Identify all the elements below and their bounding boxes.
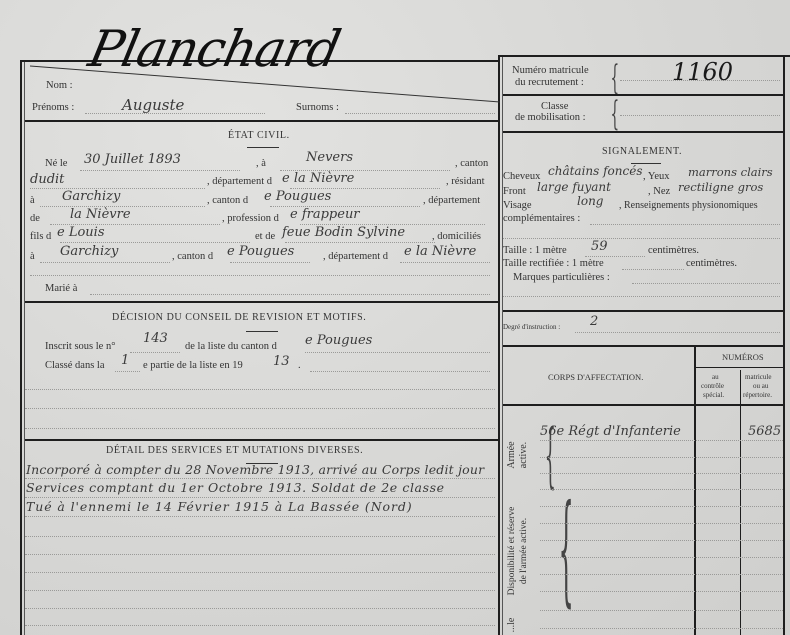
dotline — [575, 332, 780, 333]
dotline — [25, 516, 495, 517]
front-value: large fuyant — [537, 180, 611, 194]
section-third: ...le — [506, 615, 518, 635]
controle-header-1: au — [712, 373, 719, 381]
dotline — [40, 262, 170, 263]
residence-canton-label: , canton d — [207, 195, 248, 206]
profession-label: , profession d — [222, 213, 279, 224]
dotline — [540, 628, 783, 629]
ne-le-label: Né le — [45, 158, 67, 169]
right-frame-top — [500, 55, 790, 57]
de-label: de — [30, 213, 40, 224]
dotline — [540, 489, 783, 490]
right-frame-right — [783, 55, 785, 635]
dotline — [90, 294, 490, 295]
annee-period: . — [298, 360, 301, 371]
dotline — [540, 574, 783, 575]
frame-left-border — [20, 60, 22, 635]
dotline — [25, 536, 495, 537]
residence-a-label: à — [30, 195, 35, 206]
corps-header: CORPS D'AFFECTATION. — [548, 372, 643, 382]
liste-canton-label: de la liste du canton d — [185, 341, 277, 352]
yeux-value: marrons clairs — [688, 165, 773, 179]
instruction-value: 2 — [590, 314, 598, 329]
dotline — [25, 497, 495, 498]
complementaires-label: complémentaires : — [503, 213, 580, 224]
disponibilite-brace: { — [559, 490, 574, 610]
father-value: e Louis — [57, 225, 105, 240]
parents-departement-value: e la Nièvre — [404, 244, 476, 259]
services-title: DÉTAIL DES SERVICES ET MUTATIONS DIVERSE… — [106, 445, 363, 456]
dotline — [25, 608, 495, 609]
section-label-2: de l'armée active. — [519, 518, 529, 584]
dotline — [25, 572, 495, 573]
services-line-3: Tué à l'ennemi le 14 Février 1915 à La B… — [26, 499, 413, 514]
dotline — [585, 256, 645, 257]
annee-value: 13 — [273, 354, 290, 369]
matricule-header-2: ou au — [753, 382, 768, 390]
prenoms-value: Auguste — [122, 96, 184, 114]
residence-canton-value: e Pougues — [264, 189, 331, 204]
dotline — [540, 610, 783, 611]
section-label-1: Armée — [506, 441, 517, 468]
dotline — [25, 590, 495, 591]
classe-label-2: de mobilisation : — [515, 112, 586, 123]
parents-canton-label: , canton d — [172, 251, 213, 262]
controle-header-2: contrôle — [701, 382, 724, 390]
section-disponibilite: Disponibilité et réserve de l'armée acti… — [506, 496, 530, 606]
surnoms-label: Surnoms : — [296, 102, 339, 113]
conseil-bottom-rule — [25, 439, 498, 441]
residence-value: Garchizy — [62, 189, 120, 204]
dotline — [30, 275, 490, 276]
dotline — [285, 242, 435, 243]
departement-label-2: , département — [423, 195, 480, 206]
birth-date-value: 30 Juillet 1893 — [84, 152, 181, 167]
classe-label-1: Classe — [541, 101, 568, 112]
dotline — [540, 591, 783, 592]
classe-dotline — [620, 115, 780, 116]
departement-label: , département d — [207, 176, 272, 187]
signalement-bottom-rule — [503, 310, 783, 312]
section-label-1: ...le — [506, 618, 517, 633]
classe-bottom-rule — [503, 131, 783, 133]
surnoms-dotline — [345, 113, 495, 114]
section-armee-active: Armée active. — [506, 420, 530, 490]
etat-civil-title-underline — [247, 147, 279, 148]
dotline — [540, 506, 783, 507]
numeros-header: NUMÉROS — [722, 352, 764, 362]
marques-label: Marques particulières : — [513, 272, 610, 283]
nez-value: rectiligne gros — [678, 180, 763, 194]
dotline — [540, 523, 783, 524]
visage-value: long — [577, 194, 603, 208]
dotline — [25, 408, 495, 409]
canton-label: , canton — [455, 158, 488, 169]
dotline — [503, 296, 780, 297]
dotline — [540, 440, 783, 441]
matricule-label-1: Numéro matricule — [512, 65, 589, 76]
etat-civil-title: ÉTAT CIVIL. — [228, 130, 290, 141]
marie-label: Marié à — [45, 283, 77, 294]
matricule-bottom-rule — [503, 94, 783, 96]
departement-value: e la Nièvre — [282, 171, 354, 186]
conseil-revision-title: DÉCISION DU CONSEIL DE REVISION ET MOTIF… — [112, 312, 366, 323]
parents-departement-label: , département d — [323, 251, 388, 262]
dotline — [25, 554, 495, 555]
dotline — [115, 371, 140, 372]
parents-canton-value: e Pougues — [227, 244, 294, 259]
dotline — [590, 224, 780, 225]
dotline — [503, 238, 780, 239]
conseil-title-underline — [246, 331, 278, 332]
dotline — [25, 428, 495, 429]
parents-a-label: à — [30, 251, 35, 262]
partie-label: e partie de la liste en 19 — [143, 360, 243, 371]
dotline — [540, 540, 783, 541]
name-block-bottom-rule — [25, 120, 498, 122]
taille-rectifiee-label: Taille rectifiée : 1 mètre — [503, 258, 604, 269]
classe-partie-value: 1 — [121, 353, 129, 368]
dotline — [310, 371, 490, 372]
dotline — [622, 269, 684, 270]
corps-entry-value: 56e Régt d'Infanterie — [540, 424, 681, 439]
etat-civil-bottom-rule — [25, 301, 498, 303]
mere-label: et de — [255, 231, 275, 242]
center-divider — [498, 55, 500, 635]
dotline — [80, 170, 240, 171]
profession-value: e frappeur — [290, 207, 360, 222]
dotline — [632, 283, 780, 284]
centimetres-label-2: centimètres. — [686, 258, 737, 269]
matricule-entry-value: 5685 — [748, 424, 781, 439]
parents-residence-value: Garchizy — [60, 244, 118, 259]
residence-departement-value: la Nièvre — [70, 207, 131, 222]
residant-label: , résidant — [446, 176, 485, 187]
mother-value: feue Bodin Sylvine — [282, 225, 405, 240]
prenoms-label: Prénoms : — [32, 102, 74, 113]
inscrit-label: Inscrit sous le n° — [45, 341, 115, 352]
dotline — [60, 242, 250, 243]
birth-place-value: Nevers — [306, 150, 353, 165]
dotline — [25, 478, 495, 479]
cheveux-value: châtains foncés — [548, 164, 643, 178]
section-label-2: active. — [518, 442, 529, 468]
yeux-label: , Yeux — [643, 171, 670, 182]
taille-label: Taille : 1 mètre — [503, 245, 567, 256]
dotline — [400, 262, 490, 263]
instruction-bottom-rule — [503, 345, 783, 347]
cheveux-label: Cheveux — [503, 171, 540, 182]
centimetres-label: centimètres. — [648, 245, 699, 256]
frame-left-border-inner — [24, 62, 25, 635]
visage-label: Visage — [503, 200, 532, 211]
services-line-1: Incorporé à compter du 28 Novembre 1913,… — [26, 462, 484, 477]
dotline — [540, 457, 783, 458]
taille-value: 59 — [591, 239, 608, 254]
renseignements-label: , Renseignements physionomiques — [619, 200, 758, 211]
dotline — [25, 389, 495, 390]
birth-place-label: , à — [256, 158, 266, 169]
classe-dans-label: Classé dans la — [45, 360, 105, 371]
domicilies-label: , domiciliés — [432, 231, 481, 242]
controle-header-3: spécial. — [703, 391, 724, 399]
fils-label: fils d — [30, 231, 51, 242]
matricule-header-3: répertoire. — [743, 391, 772, 399]
signalement-title: SIGNALEMENT. — [602, 146, 682, 157]
section-label-1: Disponibilité et réserve — [507, 507, 517, 596]
nez-label: , Nez — [648, 186, 670, 197]
matricule-value: 1160 — [672, 58, 733, 86]
instruction-label: Degré d'instruction : — [503, 323, 560, 331]
matricule-label-2: du recrutement : — [515, 77, 584, 88]
classe-brace: { — [610, 94, 619, 134]
canton-value: dudit — [30, 172, 64, 187]
dotline — [130, 352, 180, 353]
dotline — [25, 625, 495, 626]
front-label: Front — [503, 186, 526, 197]
nom-label: Nom : — [46, 80, 73, 91]
surname-value: Planchard — [84, 20, 345, 78]
liste-canton-value: e Pougues — [305, 333, 372, 348]
matricule-header-1: matricule — [745, 373, 771, 381]
numeros-header-rule — [696, 367, 783, 368]
matricule-col-divider — [740, 370, 741, 635]
inscrit-value: 143 — [143, 331, 168, 346]
affectation-header-rule — [503, 404, 783, 406]
services-line-2: Services comptant du 1er Octobre 1913. S… — [26, 480, 445, 495]
dotline — [230, 262, 310, 263]
dotline — [540, 557, 783, 558]
dotline — [305, 352, 490, 353]
dotline — [540, 473, 783, 474]
matricule-brace: { — [610, 58, 619, 98]
